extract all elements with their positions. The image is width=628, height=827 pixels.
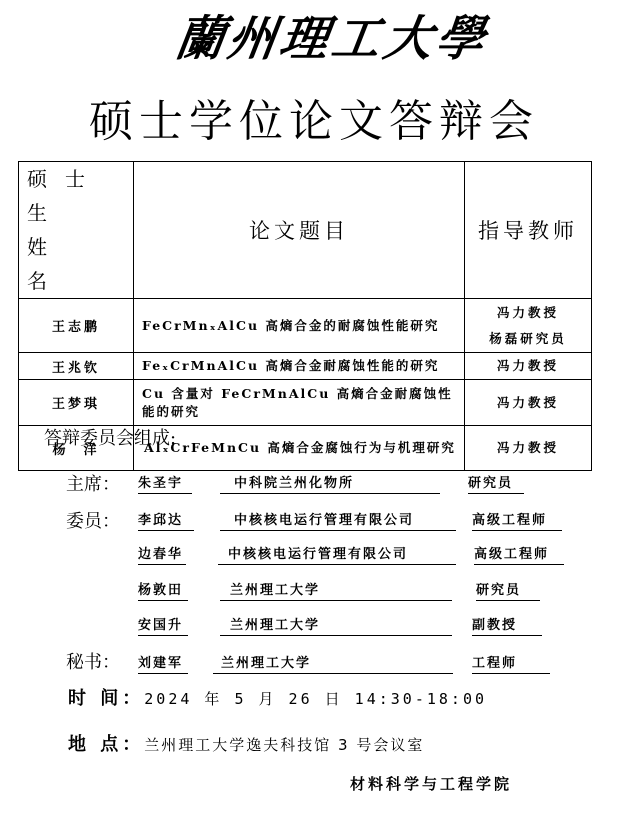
member-org: 中核核电运行管理有限公司 <box>220 509 456 531</box>
student-name: 王志鹏 <box>19 299 134 353</box>
member-title: 高级工程师 <box>472 509 562 531</box>
place-value: 兰州理工大学逸夫科技馆 3 号会议室 <box>144 736 424 754</box>
table-row: 王梦琪 Cu 含量对 FeCrMnAlCu 高熵合金耐腐蚀性能的研究 冯力教授 <box>19 380 592 426</box>
table-header-row: 硕士生 姓名 论文题目 指导教师 <box>19 162 592 299</box>
advisor: 冯力教授 杨磊研究员 <box>465 299 592 353</box>
member-title: 研究员 <box>476 579 540 601</box>
thesis-title: FeCrMnₓAlCu 高熵合金的耐腐蚀性能研究 <box>134 299 465 353</box>
place-label: 地 点： <box>68 734 144 755</box>
page-title: 硕士学位论文答辩会 <box>0 92 628 152</box>
secretary-label: 秘书： <box>66 648 120 674</box>
member-name: 杨敦田 <box>138 579 188 601</box>
advisor: 冯力教授 <box>465 353 592 380</box>
chair-name: 朱圣宇 <box>138 472 192 494</box>
time-label: 时 间： <box>68 688 144 709</box>
column-header-student-name: 硕士生 姓名 <box>19 162 134 299</box>
member-name: 李邱达 <box>138 509 194 531</box>
place-row: 地 点：兰州理工大学逸夫科技馆 3 号会议室 <box>68 730 424 756</box>
member-title: 高级工程师 <box>474 543 564 565</box>
chair-label: 主席： <box>66 470 120 496</box>
member-org: 中核核电运行管理有限公司 <box>218 543 456 565</box>
column-header-advisor: 指导教师 <box>465 162 592 299</box>
thesis-title: FeₓCrMnAlCu 高熵合金耐腐蚀性能的研究 <box>134 353 465 380</box>
secretary-org: 兰州理工大学 <box>213 652 453 674</box>
member-org: 兰州理工大学 <box>220 614 452 636</box>
secretary-name: 刘建军 <box>138 652 188 674</box>
member-label: 委员： <box>66 507 120 533</box>
student-name: 王兆钦 <box>19 353 134 380</box>
member-org: 兰州理工大学 <box>220 579 452 601</box>
department-name: 材料科学与工程学院 <box>350 773 512 794</box>
thesis-title: AlₓCrFeMnCu 高熵合金腐蚀行为与机理研究 <box>134 426 465 471</box>
table-row: 王兆钦 FeₓCrMnAlCu 高熵合金耐腐蚀性能的研究 冯力教授 <box>19 353 592 380</box>
advisor: 冯力教授 <box>465 426 592 471</box>
column-header-thesis-title: 论文题目 <box>134 162 465 299</box>
committee-heading: 答辩委员会组成: <box>44 424 176 450</box>
chair-title: 研究员 <box>468 472 524 494</box>
university-calligraphy-logo: 蘭州理工大學 <box>172 8 451 70</box>
thesis-title: Cu 含量对 FeCrMnAlCu 高熵合金耐腐蚀性能的研究 <box>134 380 465 426</box>
member-title: 副教授 <box>472 614 542 636</box>
member-name: 安国升 <box>138 614 188 636</box>
student-name: 王梦琪 <box>19 380 134 426</box>
chair-org: 中科院兰州化物所 <box>220 472 440 494</box>
advisor: 冯力教授 <box>465 380 592 426</box>
table-row: 王志鹏 FeCrMnₓAlCu 高熵合金的耐腐蚀性能研究 冯力教授 杨磊研究员 <box>19 299 592 353</box>
member-name: 边春华 <box>138 543 186 565</box>
secretary-title: 工程师 <box>472 652 550 674</box>
time-value: 2024 年 5 月 26 日 14:30-18:00 <box>144 690 487 708</box>
time-row: 时 间：2024 年 5 月 26 日 14:30-18:00 <box>68 684 487 710</box>
